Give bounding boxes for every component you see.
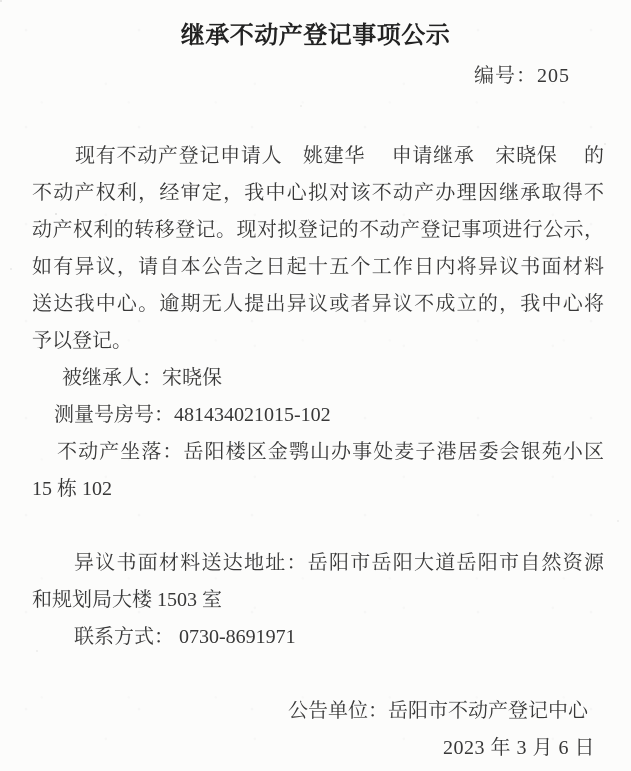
field-decedent: 被继承人：宋晓保 [32, 360, 604, 397]
paragraph-line-5: 送达我中心。逾期无人提出异议或者异议不成立的，我中心将 [32, 286, 604, 323]
paragraph-line-2: 不动产权利，经审定，我中心拟对该不动产办理因继承取得不 [32, 175, 604, 212]
footer-issuer: 公告单位：岳阳市不动产登记中心 [0, 693, 631, 730]
field-survey-house-number: 测量号房号：481434021015-102 [32, 397, 604, 434]
scanned-notice-page: 继承不动产登记事项公示 编号：205 现有不动产登记申请人 姚建华 申请继承 宋… [0, 0, 631, 771]
field-objection-address-line1: 异议书面材料送达地址：岳阳市岳阳大道岳阳市自然资源 [32, 545, 604, 582]
field-property-location-line1: 不动产坐落：岳阳楼区金鹗山办事处麦子港居委会银苑小区 [32, 434, 604, 471]
paragraph-line-3: 动产权利的转移登记。现对拟登记的不动产登记事项进行公示， [32, 212, 604, 249]
paragraph-line-1: 现有不动产登记申请人 姚建华 申请继承 宋晓保 的 [32, 138, 604, 175]
footer-date: 2023 年 3 月 6 日 [0, 730, 631, 767]
scan-noise-speckles [0, 0, 2, 2]
notice-footer: 公告单位：岳阳市不动产登记中心 2023 年 3 月 6 日 [0, 693, 631, 767]
field-objection-address-line2: 和规划局大楼 1503 室 [32, 582, 604, 619]
doc-number: 编号：205 [0, 62, 631, 90]
field-property-location-line2: 15 栋 102 [32, 471, 604, 508]
field-contact-phone: 联系方式： 0730-8691971 [32, 619, 604, 656]
notice-title: 继承不动产登记事项公示 [0, 22, 631, 50]
paragraph-line-6: 予以登记。 [32, 323, 604, 360]
paragraph-line-4: 如有异议，请自本公告之日起十五个工作日内将异议书面材料 [32, 249, 604, 286]
notice-body: 现有不动产登记申请人 姚建华 申请继承 宋晓保 的 不动产权利，经审定，我中心拟… [32, 138, 604, 656]
